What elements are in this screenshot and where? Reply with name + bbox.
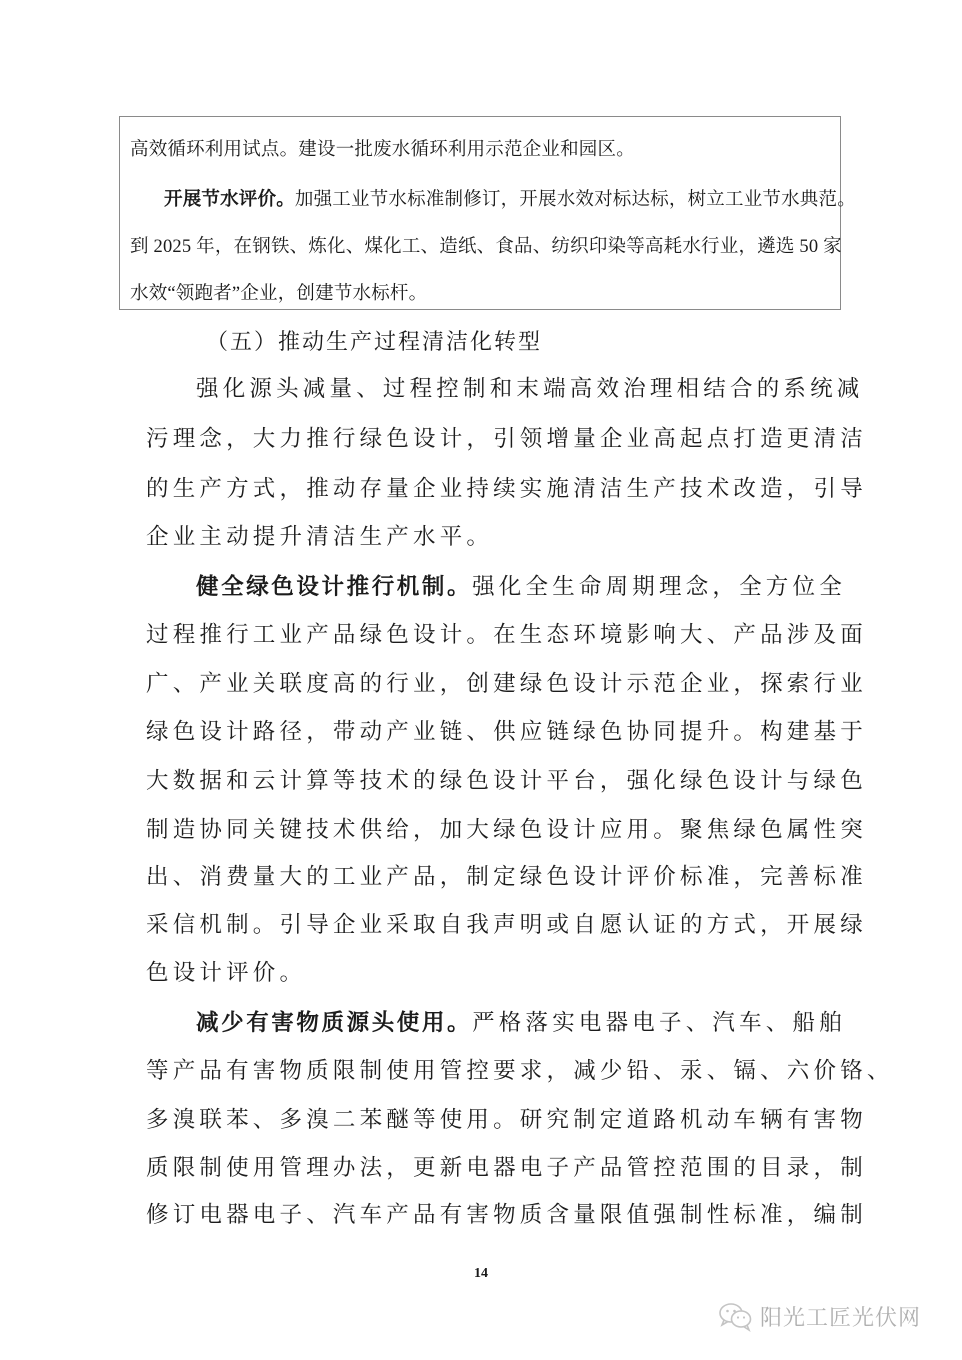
paragraph-line: 企业主动提升清洁生产水平。 <box>146 522 493 552</box>
paragraph-line: 减少有害物质源头使用。严格落实电器电子、汽车、船舶 <box>196 1008 846 1038</box>
paragraph-line: 等产品有害物质限制使用管控要求，减少铅、汞、镉、六价铬、 <box>146 1056 894 1086</box>
paragraph-lead-bold: 减少有害物质源头使用。 <box>196 1010 472 1036</box>
paragraph-line: 的生产方式，推动存量企业持续实施清洁生产技术改造，引导 <box>146 474 867 504</box>
box-line: 到 2025 年，在钢铁、炼化、煤化工、造纸、食品、纺织印染等高耗水行业，遴选 … <box>130 236 842 258</box>
paragraph-line: 修订电器电子、汽车产品有害物质含量限值强制性标准，编制 <box>146 1200 867 1230</box>
paragraph-line: 过程推行工业产品绿色设计。在生态环境影响大、产品涉及面 <box>146 620 867 650</box>
page-number: 14 <box>474 1266 488 1282</box>
paragraph-line: 质限制使用管理办法，更新电器电子产品管控范围的目录，制 <box>146 1153 867 1183</box>
box-lead-bold: 开展节水评价。 <box>164 190 295 210</box>
paragraph-text: 强化全生命周期理念，全方位全 <box>472 574 846 600</box>
watermark-text: 阳光工匠光伏网 <box>760 1301 921 1332</box>
box-line: 高效循环利用试点。建设一批废水循环利用示范企业和园区。 <box>130 139 635 161</box>
box-line: 开展节水评价。加强工业节水标准制修订，开展水效对标达标，树立工业节水典范。 <box>164 189 856 211</box>
boxed-note: 高效循环利用试点。建设一批废水循环利用示范企业和园区。 开展节水评价。加强工业节… <box>119 116 841 310</box>
paragraph-lead-bold: 健全绿色设计推行机制。 <box>196 574 472 600</box>
paragraph-line: 出、消费量大的工业产品，制定绿色设计评价标准，完善标准 <box>146 862 867 892</box>
wechat-icon <box>718 1302 754 1332</box>
paragraph-line: 制造协同关键技术供给，加大绿色设计应用。聚焦绿色属性突 <box>146 815 867 845</box>
paragraph-line: 健全绿色设计推行机制。强化全生命周期理念，全方位全 <box>196 572 846 602</box>
paragraph-line: 采信机制。引导企业采取自我声明或自愿认证的方式，开展绿 <box>146 910 867 940</box>
paragraph-line: 绿色设计路径，带动产业链、供应链绿色协同提升。构建基于 <box>146 717 867 747</box>
paragraph-line: 广、产业关联度高的行业，创建绿色设计示范企业，探索行业 <box>146 669 867 699</box>
paragraph-line: 色设计评价。 <box>146 958 306 988</box>
box-line-text: 加强工业节水标准制修订，开展水效对标达标，树立工业节水典范。 <box>295 190 856 210</box>
paragraph-line: 大数据和云计算等技术的绿色设计平台，强化绿色设计与绿色 <box>146 766 867 796</box>
paragraph-line: 强化源头减量、过程控制和末端高效治理相结合的系统减 <box>196 374 864 404</box>
box-line: 水效“领跑者”企业，创建节水标杆。 <box>130 283 427 305</box>
paragraph-line: 污理念，大力推行绿色设计，引领增量企业高起点打造更清洁 <box>146 424 867 454</box>
watermark: 阳光工匠光伏网 <box>718 1301 921 1332</box>
paragraph-text: 严格落实电器电子、汽车、船舶 <box>472 1010 846 1036</box>
paragraph-line: 多溴联苯、多溴二苯醚等使用。研究制定道路机动车辆有害物 <box>146 1105 867 1135</box>
section-heading: （五）推动生产过程清洁化转型 <box>206 329 542 357</box>
